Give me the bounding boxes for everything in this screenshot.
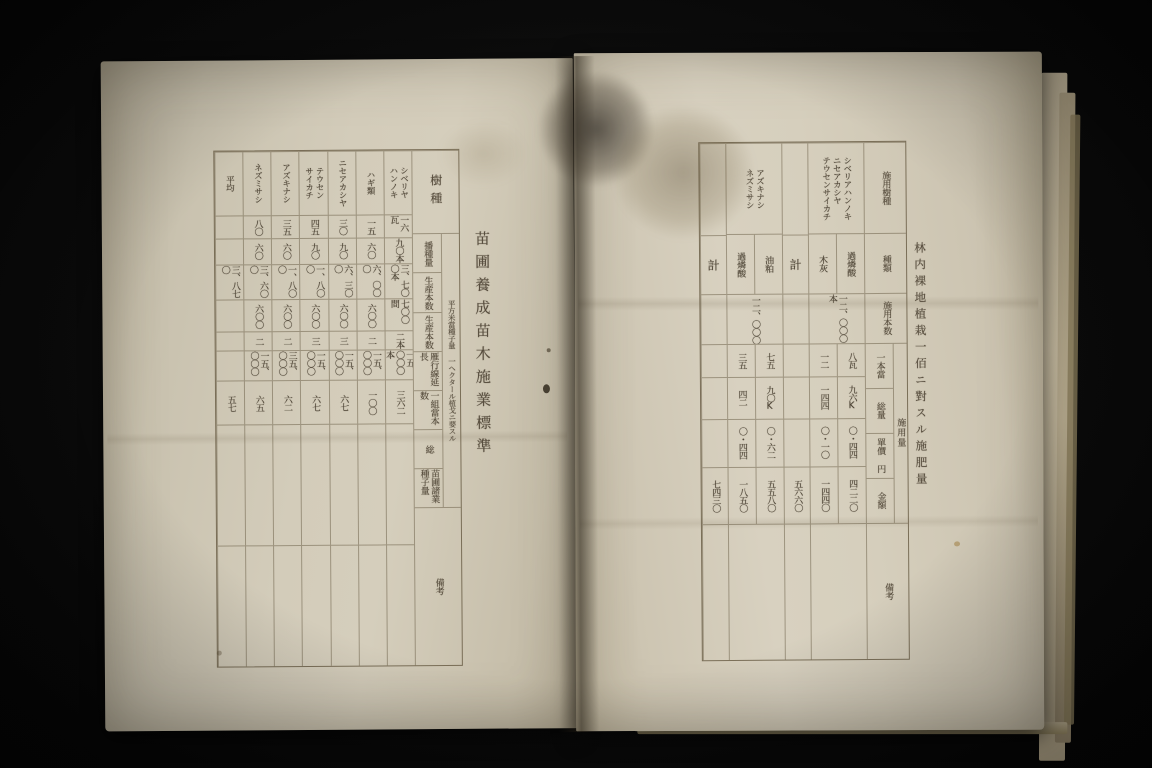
paper-speck (954, 541, 960, 546)
remarks-cell (386, 544, 415, 665)
value-cell: 一、八〇〇 (271, 264, 299, 299)
species-column: ハギ類一五六〇六、〇〇〇六〇〇二一五、〇〇〇一〇〇 (355, 150, 387, 665)
value-cell: 二 (272, 331, 300, 350)
amount-row: 五五八〇一八五〇 (728, 467, 784, 524)
value-cell: 一五、〇〇〇 (328, 349, 356, 380)
species-name: 平均 (214, 151, 243, 215)
value-cell (273, 424, 302, 545)
remarks-cell (728, 524, 785, 660)
value-cell: 三、八七〇 (215, 264, 243, 299)
nursery-standards-table: 樹種平方米當種子量 一ヘクタール植戈ニ要スル播種量生産本数生産本数雁行線延長一組… (213, 149, 463, 668)
remarks-cell (358, 545, 387, 666)
value-cell: 六〇〇 (356, 298, 384, 330)
value-cell: 一六瓦 (384, 214, 412, 237)
species-name: テウセン サイカチ (299, 151, 328, 215)
paper-speck (547, 348, 551, 352)
paper-stain (423, 108, 544, 199)
species-column: シベリヤ ハンノキ一六瓦九〇本三、七〇〇本七〇〇間二本一五、〇〇〇本三六二 (383, 150, 415, 665)
header-field: 單價 円 (865, 433, 893, 478)
header-field: 生産本数 (412, 312, 441, 351)
value-cell: 九〇本 (384, 237, 412, 263)
fertilizer-kind: 木灰 (808, 234, 836, 294)
value-cell: 六、三〇〇 (328, 264, 356, 299)
remarks-cell (245, 545, 274, 666)
open-booklet: 樹種平方米當種子量 一ヘクタール植戈ニ要スル播種量生産本数生産本数雁行線延長一組… (93, 45, 1083, 744)
header-amount-group: 施用量一本當総量單價 円金額 (865, 343, 908, 523)
remarks-cell (301, 545, 330, 666)
fertilizer-kind: 油粕 (754, 234, 782, 294)
tree-count: 一二、〇〇〇本 (808, 293, 864, 343)
total-amount: 七四三〇 (702, 467, 728, 524)
table-cell (702, 524, 729, 661)
species-name: ハギ類 (355, 150, 384, 214)
right-page-title: 林内裸地植栽一佰ニ對スル施肥量 (912, 242, 930, 522)
value-cell: 六七 (328, 380, 356, 424)
value-cell (244, 425, 273, 546)
amount-cell: 四二二〇 (838, 466, 866, 523)
left-table-header-column: 樹種平方米當種子量 一ヘクタール植戈ニ要スル播種量生産本数生産本数雁行線延長一組… (411, 150, 462, 665)
total-cell: 一四四 (809, 376, 837, 418)
remarks-cell (217, 546, 246, 667)
table-cell (781, 142, 808, 234)
value-cell (357, 424, 386, 545)
value-cell: 六、〇〇〇 (356, 263, 384, 298)
amount-cell: 一八五〇 (728, 467, 756, 524)
value-cell (215, 299, 243, 331)
value-cell: 九〇 (299, 238, 327, 264)
amount-cell: 一四四〇 (810, 466, 838, 523)
header-field: 総量 (865, 388, 893, 433)
value-cell: 五七 (216, 381, 244, 425)
value-cell: 六〇〇 (243, 299, 271, 331)
value-cell: 三 (328, 331, 356, 350)
header-field: 播種量 (412, 233, 441, 272)
value-cell (329, 424, 358, 545)
value-cell (301, 424, 330, 545)
kind-row: 油粕過燐酸 (726, 234, 782, 294)
table-cell (782, 294, 808, 344)
header-field: 一本當 (865, 343, 893, 388)
header-field: 生産本数 (412, 272, 441, 311)
fertilizer-group-column: シベリアハンノキ ニセアカシヤ テウセンサイカチ過燐酸木灰一二、〇〇〇本八瓦一二… (807, 142, 867, 659)
species-column: アズキナシ三五六〇一、八〇〇六〇〇二三五、〇〇〇六二 (271, 151, 303, 666)
header-kind: 種類 (864, 233, 906, 293)
value-cell: 一五 (355, 214, 383, 237)
species-name: アズキナシ (271, 151, 300, 215)
total-cell: 四二 (727, 377, 755, 419)
remarks-cell (330, 545, 359, 666)
right-table-header-column: 施用樹種種類施用本数施用量一本當総量單價 円金額備考 (863, 142, 909, 659)
value-cell (215, 238, 243, 264)
value-cell: 一、八〇〇 (300, 264, 328, 299)
table-cell (701, 377, 727, 419)
per-cell: 一二 (809, 343, 837, 376)
table-cell (783, 344, 809, 377)
header-field: 雁行線延長 (413, 351, 442, 390)
header-count: 施用本数 (864, 293, 906, 343)
value-cell: 六〇 (356, 237, 384, 263)
value-cell: 六〇 (271, 238, 299, 264)
price-cell: 〇・六二 (755, 419, 783, 467)
header-field: 苗圃諸業種子量 (414, 468, 443, 507)
value-cell: 一五、〇〇〇 (356, 349, 384, 380)
total-cell: 九〇K (755, 377, 783, 419)
value-cell: 一五、〇〇〇 (300, 349, 328, 380)
table-cell (701, 344, 727, 377)
value-cell: 六〇〇 (328, 299, 356, 331)
header-field: 金額 (866, 478, 894, 523)
price-row: 〇・六二〇・四四 (727, 419, 783, 467)
value-cell (385, 424, 414, 545)
paper-speck (217, 651, 222, 656)
value-cell: 九〇 (327, 238, 355, 264)
value-cell (216, 425, 245, 546)
species-column: ニセアカシヤ三〇九〇六、三〇〇六〇〇三一五、〇〇〇六七 (327, 151, 359, 666)
value-cell: 六〇〇 (300, 299, 328, 331)
per-cell: 八瓦 (837, 343, 865, 376)
tree-count: 一二、〇〇〇 (726, 294, 782, 344)
total-amount: 五六六〇 (784, 466, 810, 523)
total-cell: 九六K (837, 376, 865, 418)
total-label: 計 (782, 234, 808, 294)
header-fields: 播種量生産本数生産本数雁行線延長一組當本数総苗圃諸業種子量 (412, 233, 443, 507)
value-cell: 三五、〇〇〇 (272, 350, 300, 381)
per-cell: 三五 (727, 344, 755, 377)
header-remarks: 備考 (414, 507, 462, 665)
kind-row: 過燐酸木灰 (808, 233, 864, 293)
value-cell: 六〇〇 (272, 299, 300, 331)
value-cell: 六二 (272, 380, 300, 424)
value-cell: 三、七〇〇本 (384, 263, 412, 298)
total-row: 九六K一四四 (809, 376, 865, 418)
value-cell: 七〇〇間 (384, 298, 412, 330)
price-cell: 〇・四四 (837, 418, 865, 466)
paper-stain (593, 87, 774, 258)
total-row: 九〇K四二 (727, 377, 783, 419)
species-column: テウセン サイカチ四五九〇一、八〇〇六〇〇三一五、〇〇〇六七 (299, 151, 331, 666)
table-cell (784, 523, 811, 660)
value-cell: 六五 (244, 380, 272, 424)
value-cell: 三五 (271, 215, 299, 238)
species-column: 平均三、八七〇五七 (214, 151, 246, 666)
value-cell: 八〇 (243, 215, 271, 238)
value-cell: 三〇 (327, 215, 355, 238)
value-cell: 六七 (300, 380, 328, 424)
species-names: シベリアハンノキ ニセアカシヤ テウセンサイカチ (807, 142, 864, 234)
table-cell (700, 294, 726, 344)
fertilizer-kind: 過燐酸 (836, 233, 864, 293)
value-cell: 三、六〇〇 (243, 264, 271, 299)
species-name: ネズミサシ (242, 151, 271, 215)
species-name: ニセアカシヤ (327, 151, 356, 215)
header-remarks: 備考 (866, 523, 909, 659)
header-field: 総 (413, 429, 442, 468)
header-tree-species: 施用樹種 (863, 142, 906, 234)
value-cell: 四五 (299, 215, 327, 238)
price-cell: 〇・一〇 (809, 418, 837, 466)
amount-row: 四二二〇一四四〇 (810, 466, 866, 523)
remarks-cell (810, 523, 867, 659)
total-column: 計五六六〇 (781, 142, 811, 659)
left-page-title: 苗圃養成苗木施業標準 (472, 231, 495, 531)
table-cell (783, 418, 809, 466)
staple-speck (543, 384, 550, 393)
header-annotation: 平方米當種子量 一ヘクタール植戈ニ要スル (441, 233, 461, 507)
price-row: 〇・四四〇・一〇 (809, 418, 865, 466)
value-cell: 一五、〇〇〇本 (385, 349, 413, 380)
per-cell: 七五 (755, 344, 783, 377)
value-cell (216, 350, 244, 381)
header-amount-fields: 一本當総量單價 円金額 (865, 343, 894, 523)
price-cell: 〇・四四 (727, 419, 755, 467)
per-row: 八瓦一二 (809, 343, 865, 376)
value-cell: 二本 (384, 330, 412, 349)
header-body: 平方米當種子量 一ヘクタール植戈ニ要スル播種量生産本数生産本数雁行線延長一組當本… (412, 233, 461, 507)
value-cell: 一〇〇 (357, 380, 385, 424)
table-cell (701, 419, 727, 467)
species-name: シベリヤ ハンノキ (383, 150, 412, 214)
amount-cell: 五五八〇 (756, 467, 784, 524)
photo-background: 樹種平方米當種子量 一ヘクタール植戈ニ要スル播種量生産本数生産本数雁行線延長一組… (0, 0, 1152, 768)
value-cell: 六〇 (243, 238, 271, 264)
header-amount-label: 施用量 (893, 343, 908, 523)
table-cell (783, 377, 809, 419)
per-row: 七五三五 (727, 344, 783, 377)
value-cell (215, 215, 243, 238)
value-cell: 三 (300, 331, 328, 350)
header-field: 一組當本数 (413, 390, 442, 429)
value-cell: 二 (244, 331, 272, 350)
remarks-cell (273, 545, 302, 666)
value-cell: 三六二 (385, 379, 413, 423)
species-column: ネズミサシ八〇六〇三、六〇〇六〇〇二一五、〇〇〇六五 (242, 151, 274, 666)
value-cell: 二 (356, 331, 384, 350)
value-cell: 一五、〇〇〇 (244, 350, 272, 381)
value-cell (216, 332, 244, 351)
